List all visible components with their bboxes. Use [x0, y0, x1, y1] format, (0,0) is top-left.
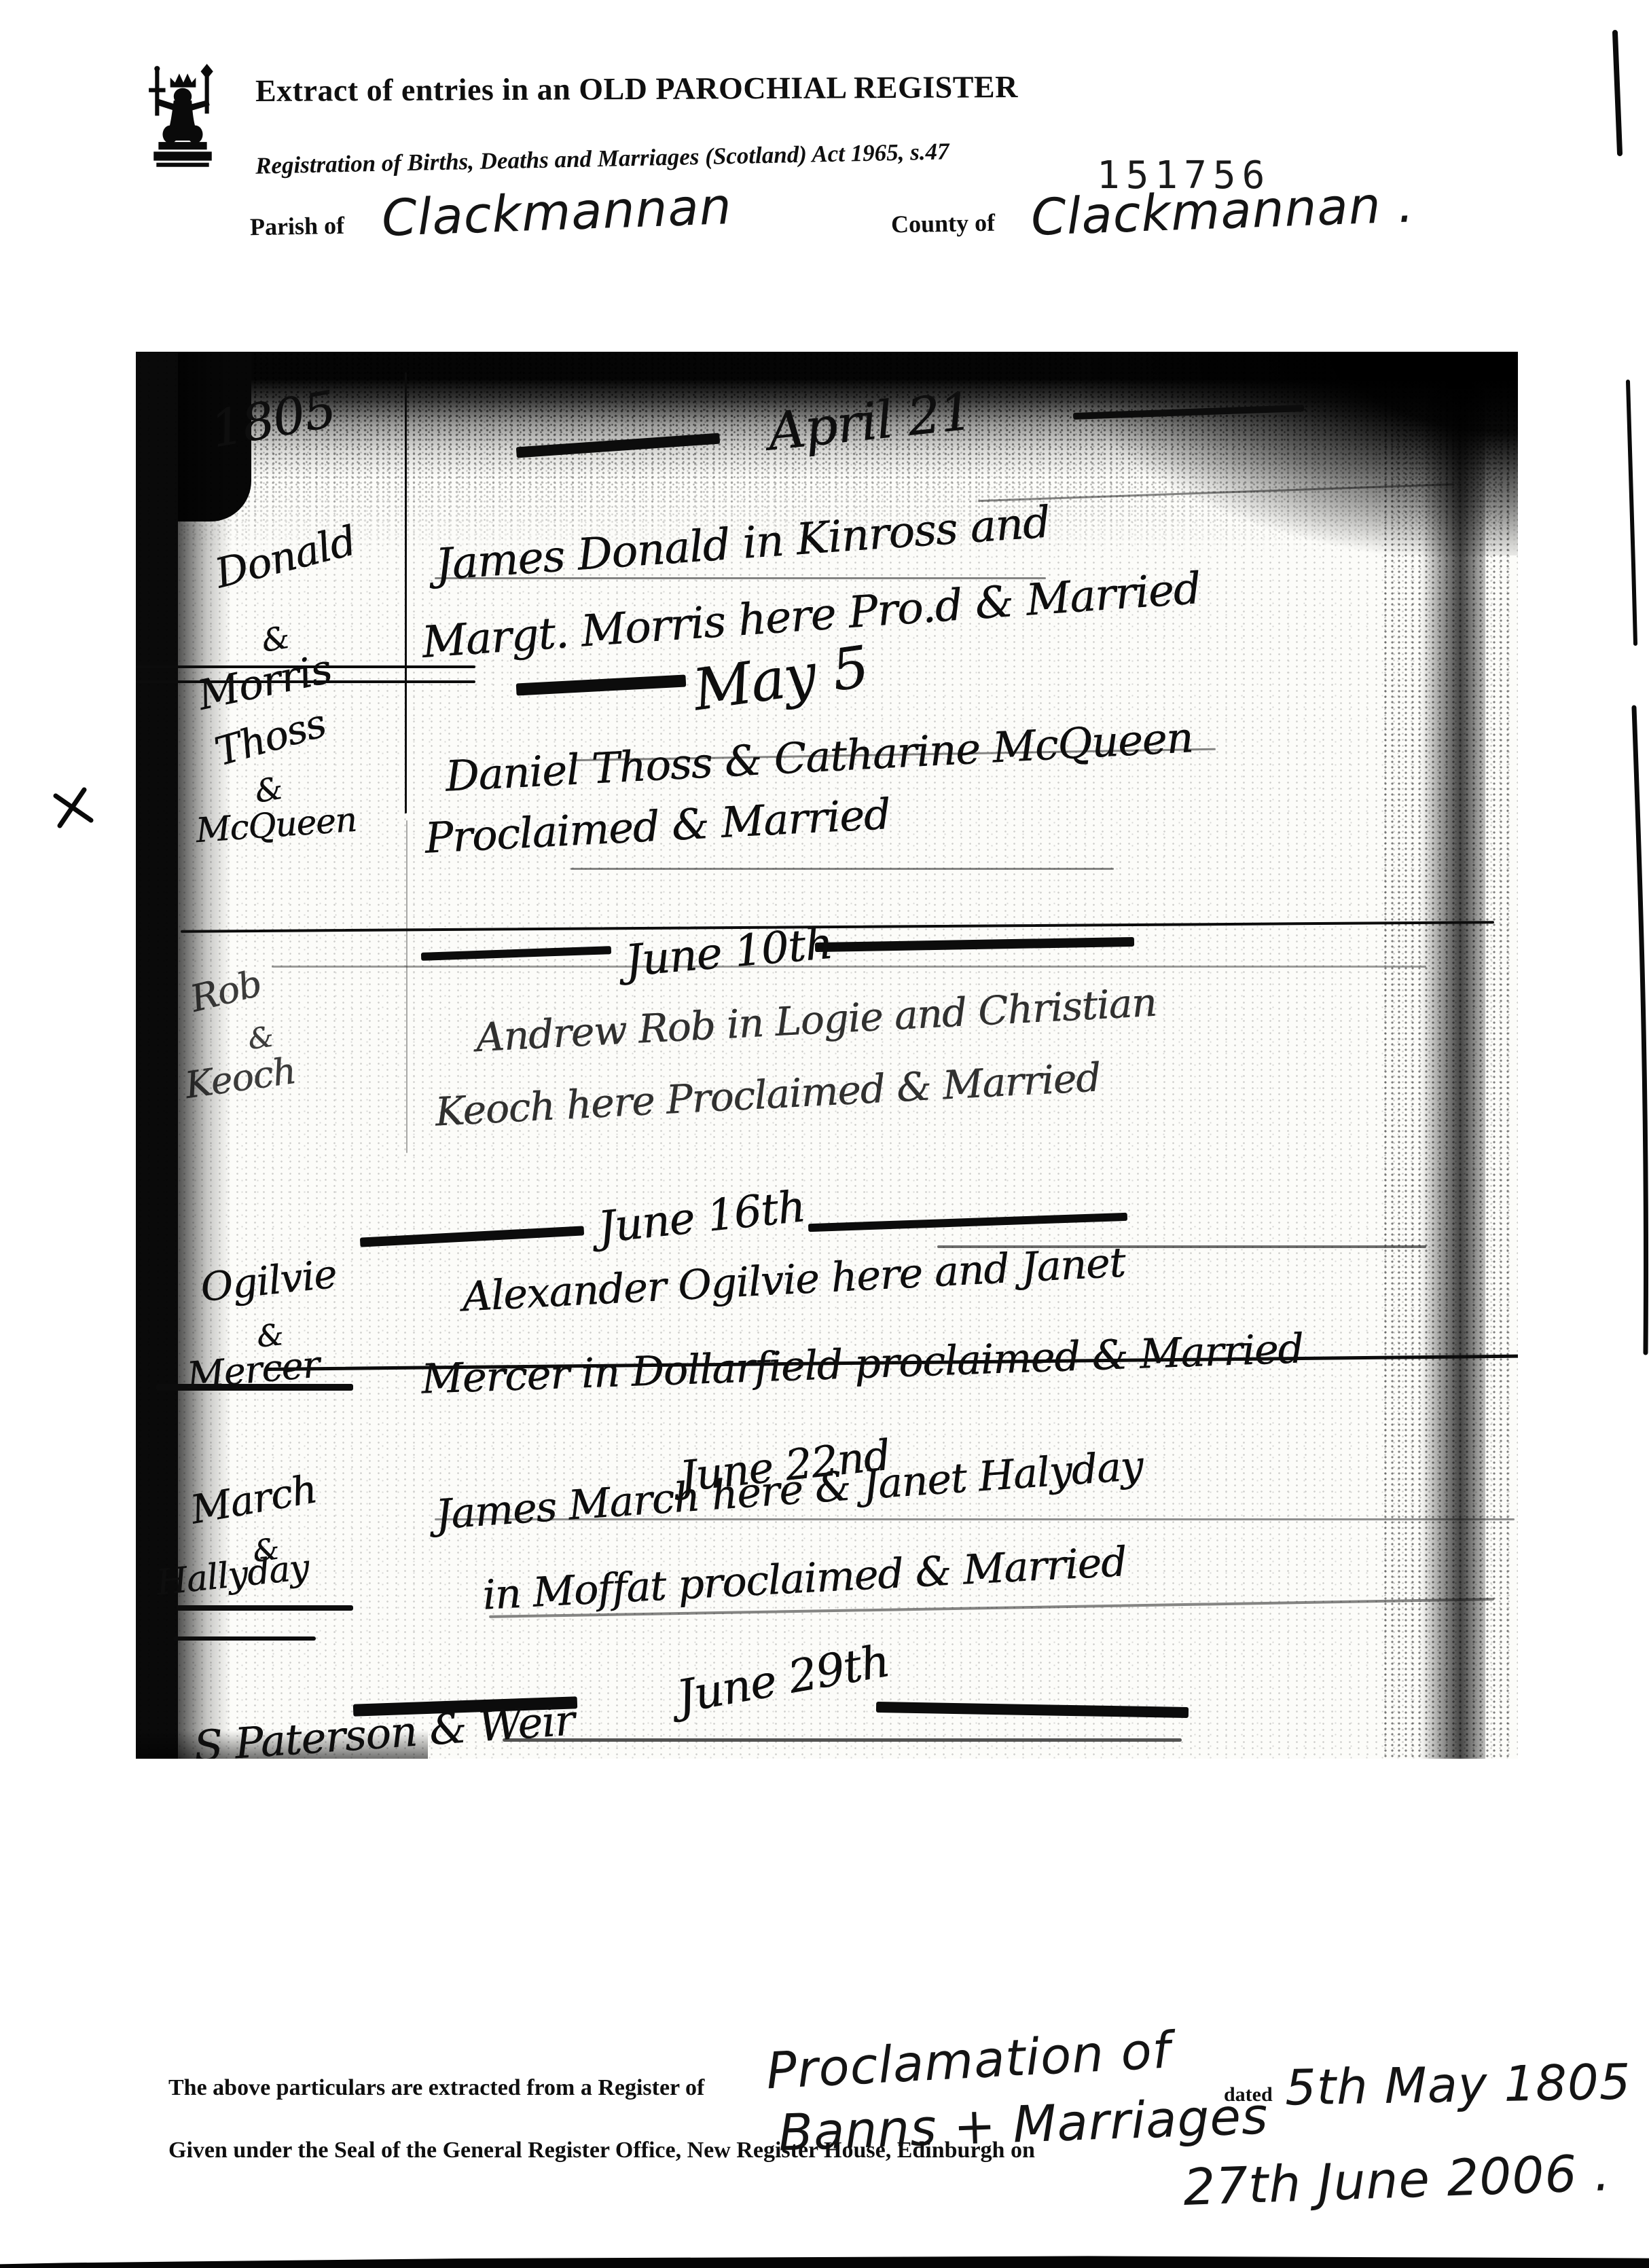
dash-line: [421, 946, 611, 961]
rule-line: [570, 868, 1114, 870]
dash-line: [173, 1636, 316, 1641]
column-divider-line-faint: [406, 820, 407, 1153]
right-edge-stroke: [1628, 382, 1635, 644]
county-value-handwritten: Clackmannan .: [1030, 175, 1415, 247]
dash-line: [360, 1226, 584, 1247]
scan-left-edge: [136, 352, 178, 1759]
seal-statement: Given under the Seal of the General Regi…: [168, 2138, 1035, 2163]
scan-bottom-bar: [0, 2254, 1649, 2268]
entry-line: Keoch here Proclaimed & Married: [434, 1054, 1102, 1135]
register-type-handwritten-line1: Proclamation of: [765, 2021, 1172, 2100]
entry-line: Daniel Thoss & Catharine McQueen: [444, 712, 1194, 801]
right-edge-stroke: [1634, 708, 1646, 1353]
dash-line: [177, 1605, 353, 1611]
county-label: County of: [891, 208, 996, 239]
register-scan: 1805 April 21 Donald & Morris James Dona…: [136, 352, 1518, 1759]
rule-line: [181, 921, 1494, 933]
dash-line: [815, 937, 1134, 952]
document-title: Extract of entries in an OLD PAROCHIAL R…: [255, 69, 1018, 109]
register-date-heading: June 16th: [596, 1182, 808, 1254]
dash-line: [808, 1213, 1127, 1232]
column-divider-line: [405, 372, 407, 813]
entry-line: Alexander Ogilvie here and Janet: [461, 1239, 1126, 1321]
x-pen-mark-icon: [56, 790, 91, 826]
rule-line: [272, 966, 1426, 968]
entry-line: Proclaimed & Married: [424, 789, 892, 863]
certificate-page: Extract of entries in an OLD PAROCHIAL R…: [0, 0, 1649, 2268]
entry-line: Andrew Rob in Logie and Christian: [475, 979, 1157, 1061]
right-edge-stroke: [1615, 33, 1620, 153]
entry-margin-amp: &: [246, 1020, 275, 1057]
parish-value-handwritten: Clackmannan: [381, 177, 733, 248]
scan-right-noise: [1382, 352, 1511, 1759]
dash-line: [516, 674, 687, 695]
entry-line: Mercer in Dollarfield proclaimed & Marri…: [420, 1325, 1304, 1403]
entry-margin-amp: &: [252, 769, 285, 810]
extract-statement: The above particulars are extracted from…: [168, 2075, 704, 2101]
parish-label: Parish of: [250, 211, 345, 241]
rule-line: [503, 1738, 1182, 1742]
register-date-heading: June 29th: [673, 1634, 893, 1723]
royal-crest-icon: [145, 62, 221, 177]
act-citation: Registration of Births, Deaths and Marri…: [255, 138, 949, 179]
dated-label: dated: [1224, 2083, 1273, 2106]
issue-date-handwritten: 27th June 2006 .: [1182, 2144, 1612, 2217]
dash-line: [876, 1702, 1189, 1718]
dated-value-handwritten: 5th May 1805: [1284, 2053, 1631, 2117]
